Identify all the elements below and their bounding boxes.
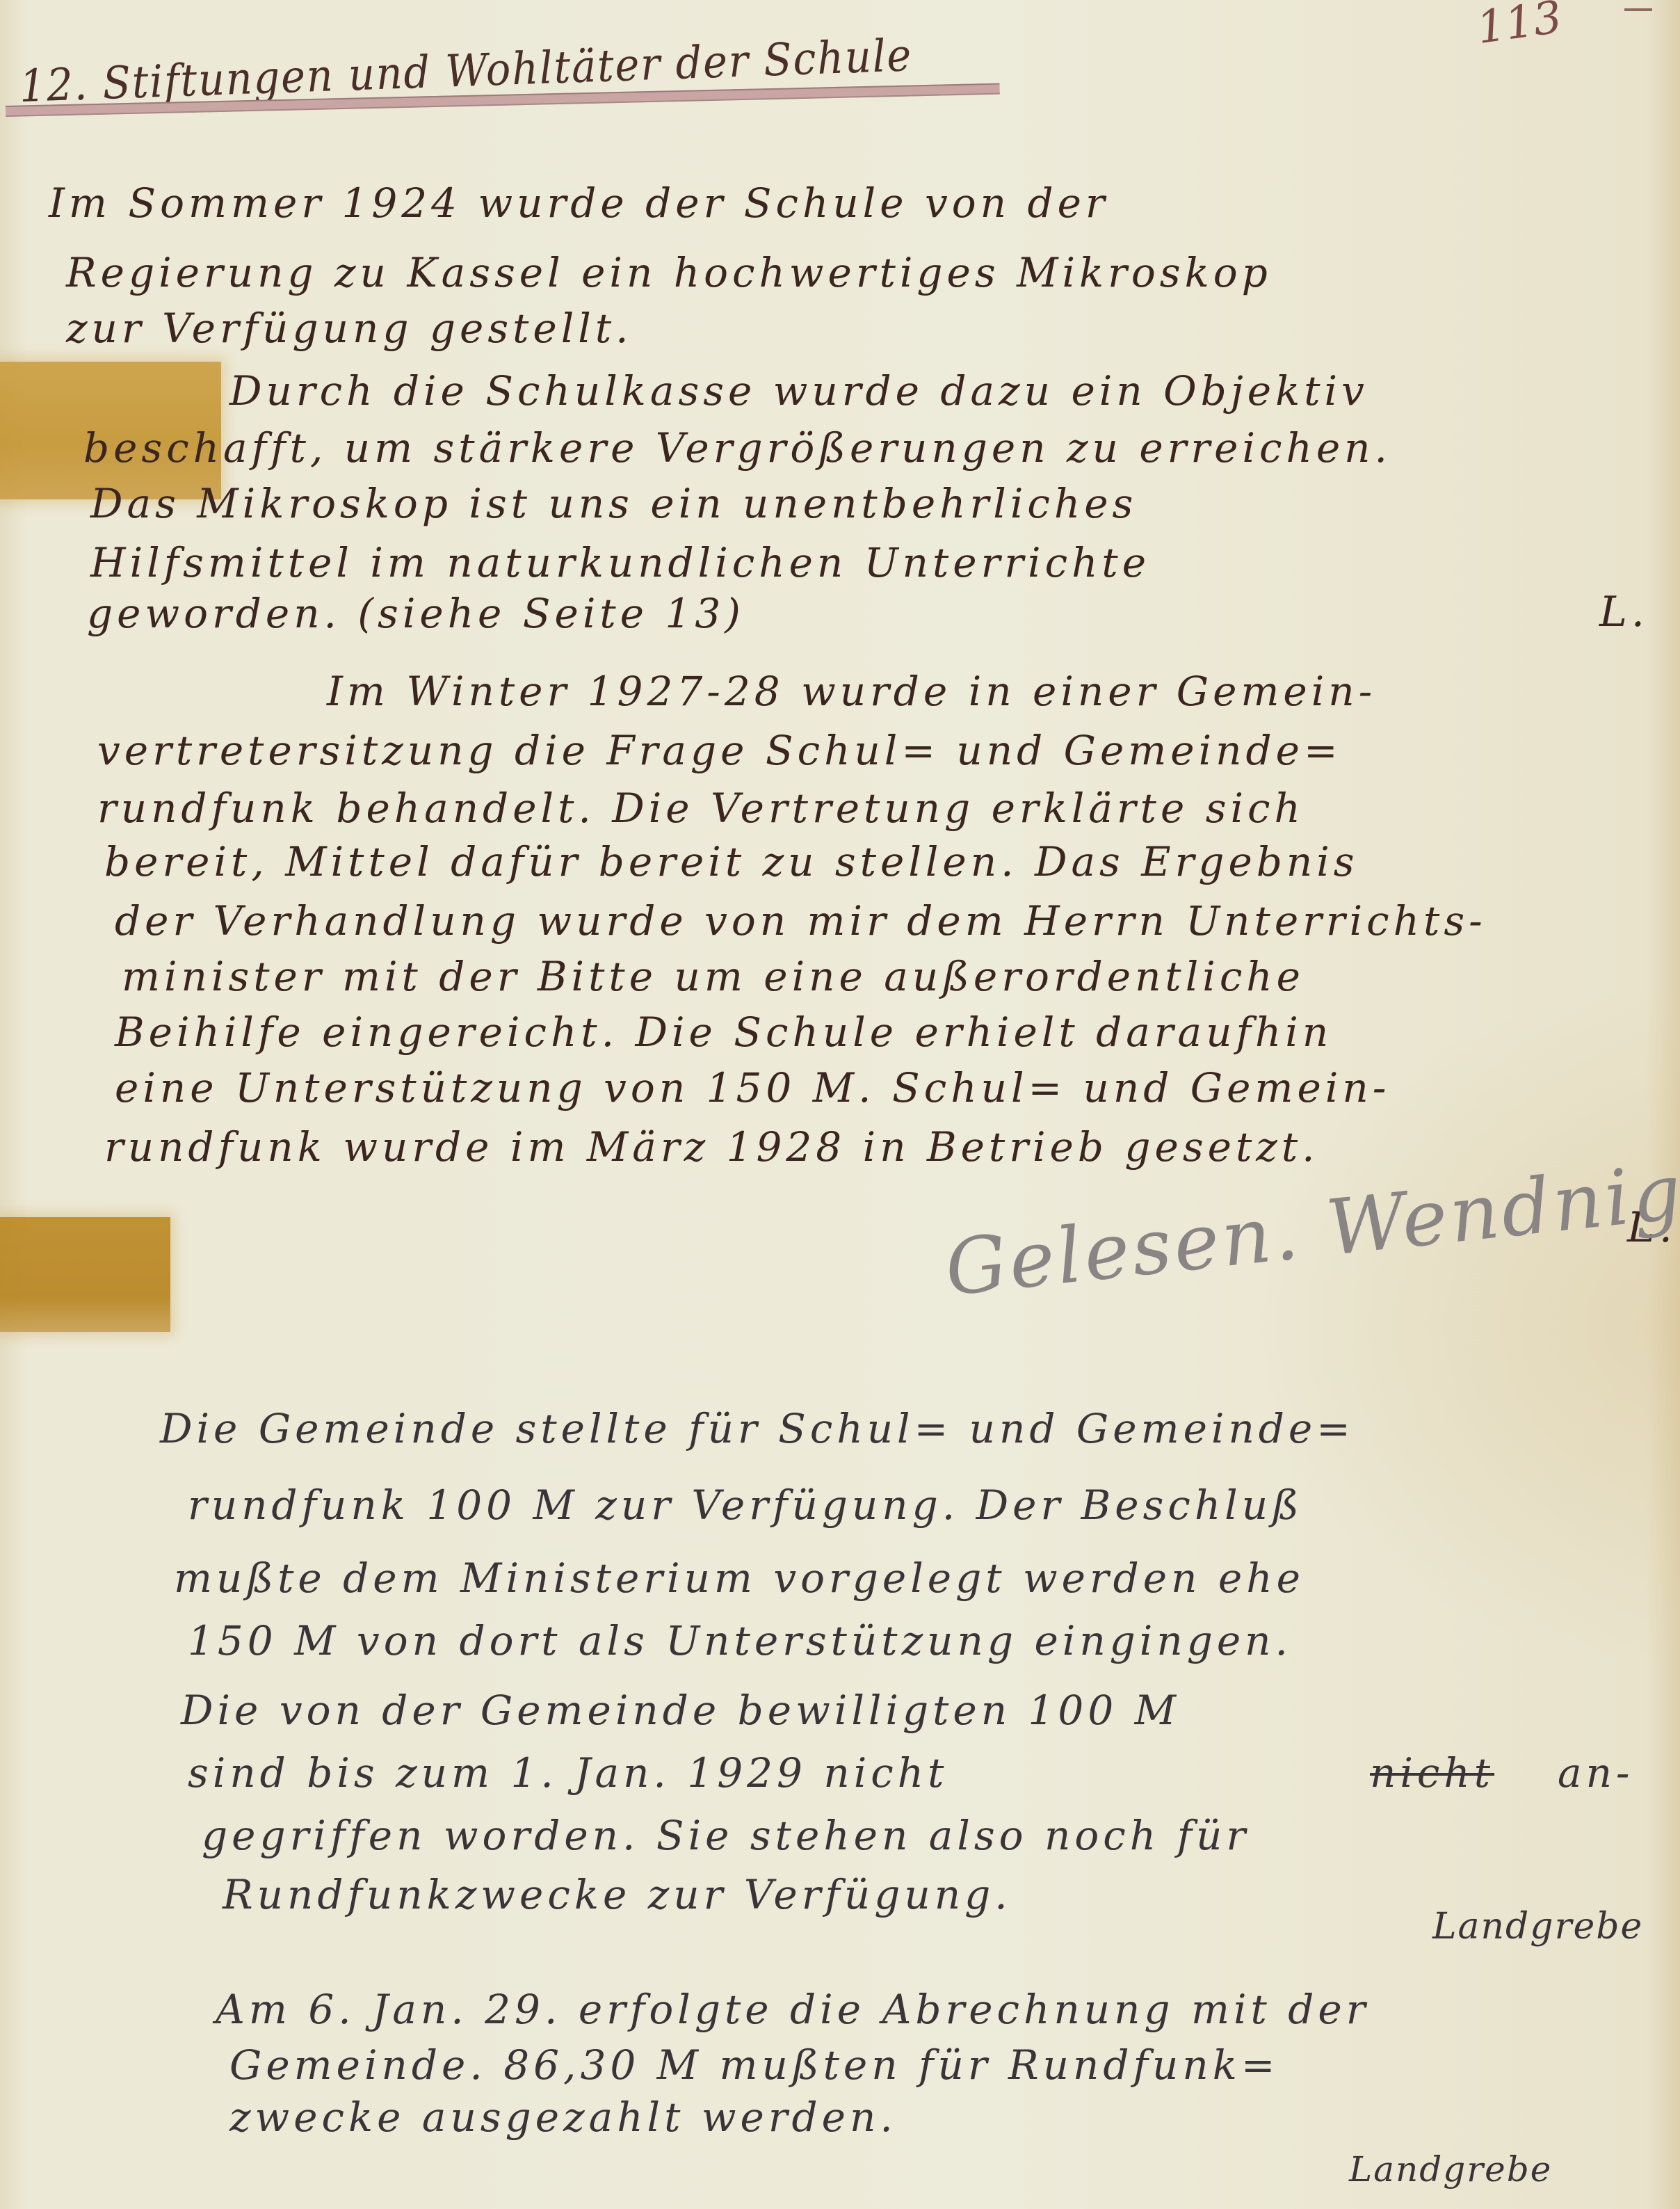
text-line: Das Mikroskop ist uns ein unentbehrliche… bbox=[90, 480, 1137, 527]
text-line: Hilfsmittel im naturkundlichen Unterrich… bbox=[90, 539, 1150, 586]
text-line: minister mit der Bitte um eine außerorde… bbox=[122, 953, 1305, 1000]
page-number-dash bbox=[1624, 8, 1652, 11]
chronicle-page: 113 12. Stiftungen und Wohltäter der Sch… bbox=[0, 0, 1680, 2209]
author-signature: Landgrebe bbox=[1432, 1906, 1643, 1947]
text-line: Im Sommer 1924 wurde der Schule von der bbox=[49, 179, 1109, 227]
text-line: Regierung zu Kassel ein hochwertiges Mik… bbox=[66, 249, 1272, 296]
text-line: zur Verfügung gestellt. bbox=[66, 305, 633, 352]
text-line: mußte dem Ministerium vorgelegt werden e… bbox=[174, 1555, 1305, 1602]
text-line: Beihilfe eingereicht. Die Schule erhielt… bbox=[115, 1009, 1332, 1056]
text-line: gegriffen worden. Sie stehen also noch f… bbox=[202, 1812, 1250, 1859]
text-line: zwecke ausgezahlt werden. bbox=[229, 2094, 897, 2141]
text-line: geworden. (siehe Seite 13) bbox=[87, 590, 745, 637]
text-line: rundfunk wurde im März 1928 in Betrieb g… bbox=[104, 1123, 1319, 1171]
text-line: sind bis zum 1. Jan. 1929 nicht bbox=[188, 1749, 948, 1797]
adhesive-tape-stain bbox=[0, 1217, 170, 1332]
text-line: vertretersitzung die Frage Schul= und Ge… bbox=[97, 727, 1342, 774]
author-signature: Landgrebe bbox=[1349, 2149, 1552, 2190]
text-line: Gemeinde. 86,30 M mußten für Rundfunk= bbox=[229, 2041, 1279, 2089]
text-line: der Verhandlung wurde von mir dem Herrn … bbox=[115, 897, 1487, 945]
struck-word: nicht bbox=[1370, 1749, 1494, 1797]
text-line: eine Unterstützung von 150 M. Schul= und… bbox=[115, 1064, 1390, 1111]
text-line: Die Gemeinde stellte für Schul= und Geme… bbox=[160, 1405, 1355, 1452]
text-line: Rundfunkzwecke zur Verfügung. bbox=[223, 1871, 1012, 1918]
text-line: Durch die Schulkasse wurde dazu ein Obje… bbox=[229, 367, 1368, 415]
text-line: Am 6. Jan. 29. erfolgte die Abrechnung m… bbox=[216, 1986, 1369, 2033]
text-line-tail: an- bbox=[1558, 1749, 1634, 1797]
page-number: 113 bbox=[1473, 0, 1565, 54]
text-line: Im Winter 1927-28 wurde in einer Gemein- bbox=[327, 668, 1376, 715]
text-line: rundfunk 100 M zur Verfügung. Der Beschl… bbox=[188, 1481, 1303, 1529]
text-line: rundfunk behandelt. Die Vertretung erklä… bbox=[97, 785, 1305, 832]
text-line: bereit, Mittel dafür bereit zu stellen. … bbox=[104, 838, 1359, 885]
text-line: beschafft, um stärkere Vergrößerungen zu… bbox=[83, 424, 1391, 472]
author-initial: L. bbox=[1599, 588, 1649, 636]
text-line: 150 M von dort als Unterstützung einging… bbox=[188, 1617, 1292, 1664]
text-line: Die von der Gemeinde bewilligten 100 M bbox=[181, 1687, 1180, 1734]
